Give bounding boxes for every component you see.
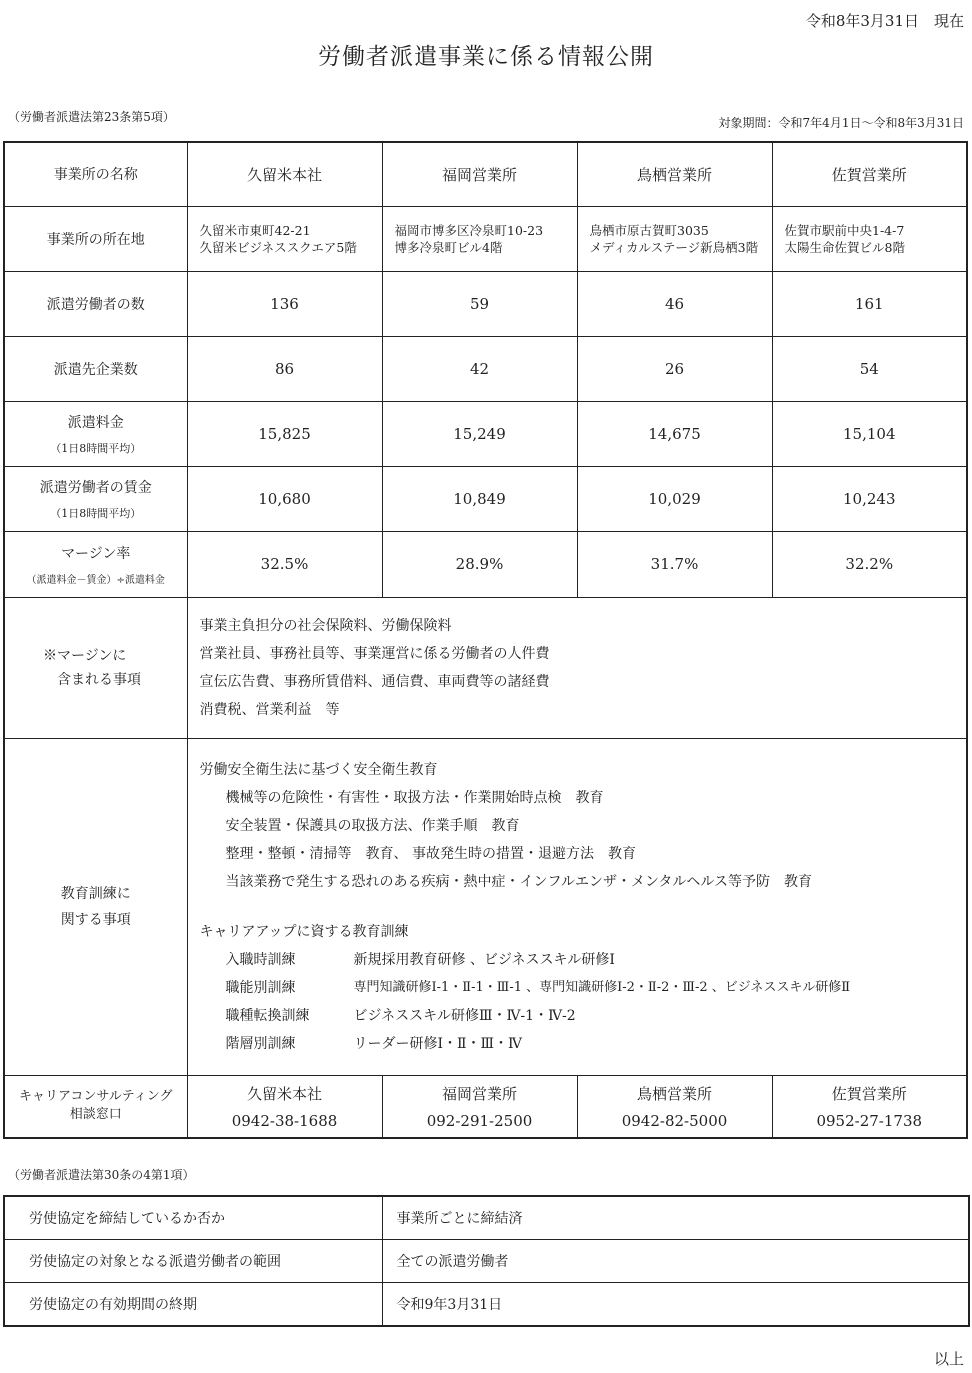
client-count: 42 — [382, 336, 577, 401]
table-row-margin-items: ※マージンに含まれる事項 事業主負担分の社会保険料、労働保険料 営業社員、事務社… — [4, 597, 967, 738]
table-row: 労使協定の有効期間の終期 令和9年3月31日 — [4, 1283, 969, 1327]
list-item: 入職時訓練新規採用教育研修 、ビジネススキル研修Ⅰ — [200, 946, 967, 974]
career-heading: キャリアアップに資する教育訓練 — [200, 918, 967, 946]
page-title: 労働者派遣事業に係る情報公開 — [0, 38, 972, 71]
margin-rate: 31.7% — [577, 531, 772, 597]
table-row-training: 教育訓練に関する事項 労働安全衛生法に基づく安全衛生教育 機械等の危険性・有害性… — [4, 738, 967, 1075]
row-label: マージン率（派遣料金－賃金）÷派遣料金 — [4, 531, 187, 597]
table-row-office-names: 事業所の名称 久留米本社 福岡営業所 鳥栖営業所 佐賀営業所 — [4, 142, 967, 206]
worker-wage: 10,029 — [577, 466, 772, 531]
worker-wage: 10,243 — [772, 466, 967, 531]
client-count: 86 — [187, 336, 382, 401]
office-address: 福岡市博多区冷泉町10-23博多冷泉町ビル4階 — [382, 206, 577, 271]
office-name: 佐賀営業所 — [772, 142, 967, 206]
row-label: 事業所の所在地 — [4, 206, 187, 271]
list-item: 消費税、営業利益 等 — [200, 696, 967, 724]
target-period: 対象期間：令和7年4月1日～令和8年3月31日 — [719, 114, 964, 131]
row-label: ※マージンに含まれる事項 — [4, 597, 187, 738]
row-value: 事業所ごとに締結済 — [382, 1196, 969, 1240]
table-row-consultation: キャリアコンサルティング相談窓口 久留米本社0942-38-1688 福岡営業所… — [4, 1075, 967, 1138]
list-item: 営業社員、事務社員等、事業運営に係る労働者の人件費 — [200, 640, 967, 668]
list-item: 事業主負担分の社会保険料、労働保険料 — [200, 612, 967, 640]
table-row-clients: 派遣先企業数 86 42 26 54 — [4, 336, 967, 401]
list-item: 職種転換訓練ビジネススキル研修Ⅲ・Ⅳ-1・Ⅳ-2 — [200, 1002, 967, 1030]
labor-agreement-table: 労使協定を締結しているか否か 事業所ごとに締結済 労使協定の対象となる派遣労働者… — [3, 1195, 970, 1327]
row-label: 事業所の名称 — [4, 142, 187, 206]
office-name: 久留米本社 — [187, 142, 382, 206]
list-item: 階層別訓練リーダー研修Ⅰ・Ⅱ・Ⅲ・Ⅳ — [200, 1030, 967, 1058]
row-value: 全ての派遣労働者 — [382, 1240, 969, 1283]
table-row-wages: 派遣労働者の賃金（1日8時間平均） 10,680 10,849 10,029 1… — [4, 466, 967, 531]
consult-contact: 鳥栖営業所0942-82-5000 — [577, 1075, 772, 1138]
disclosure-table: 事業所の名称 久留米本社 福岡営業所 鳥栖営業所 佐賀営業所 事業所の所在地 久… — [3, 141, 968, 1139]
table-row-fees: 派遣料金（1日8時間平均） 15,825 15,249 14,675 15,10… — [4, 401, 967, 466]
list-item: 整理・整頓・清掃等 教育、 事故発生時の措置・退避方法 教育 — [200, 840, 967, 868]
law-reference-2: （労働者派遣法第30条の4第1項） — [8, 1166, 195, 1183]
row-label: 労使協定を締結しているか否か — [4, 1196, 382, 1240]
phone-number: 092-291-2500 — [427, 1112, 533, 1130]
margin-rate: 32.2% — [772, 531, 967, 597]
margin-items-list: 事業主負担分の社会保険料、労働保険料 営業社員、事務社員等、事業運営に係る労働者… — [187, 597, 967, 738]
row-label: 教育訓練に関する事項 — [4, 738, 187, 1075]
consult-contact: 久留米本社0942-38-1688 — [187, 1075, 382, 1138]
row-label: 派遣労働者の賃金（1日8時間平均） — [4, 466, 187, 531]
phone-number: 0942-82-5000 — [622, 1112, 728, 1130]
table-row-addresses: 事業所の所在地 久留米市東町42-21久留米ビジネススクエア5階 福岡市博多区冷… — [4, 206, 967, 271]
client-count: 54 — [772, 336, 967, 401]
worker-count: 59 — [382, 271, 577, 336]
as-of-date: 令和8年3月31日 現在 — [806, 10, 964, 31]
phone-number: 0942-38-1688 — [232, 1112, 338, 1130]
worker-count: 136 — [187, 271, 382, 336]
table-row: 労使協定の対象となる派遣労働者の範囲 全ての派遣労働者 — [4, 1240, 969, 1283]
worker-count: 46 — [577, 271, 772, 336]
client-count: 26 — [577, 336, 772, 401]
list-item: 機械等の危険性・有害性・取扱方法・作業開始時点検 教育 — [200, 784, 967, 812]
dispatch-fee: 15,825 — [187, 401, 382, 466]
consult-contact: 福岡営業所092-291-2500 — [382, 1075, 577, 1138]
worker-wage: 10,680 — [187, 466, 382, 531]
row-label: 労使協定の対象となる派遣労働者の範囲 — [4, 1240, 382, 1283]
safety-heading: 労働安全衛生法に基づく安全衛生教育 — [200, 756, 967, 784]
end-mark: 以上 — [934, 1348, 964, 1369]
row-label: 派遣労働者の数 — [4, 271, 187, 336]
training-list: 労働安全衛生法に基づく安全衛生教育 機械等の危険性・有害性・取扱方法・作業開始時… — [187, 738, 967, 1075]
list-item: 当該業務で発生する恐れのある疾病・熱中症・インフルエンザ・メンタルヘルス等予防 … — [200, 868, 967, 896]
table-row: 労使協定を締結しているか否か 事業所ごとに締結済 — [4, 1196, 969, 1240]
law-reference: （労働者派遣法第23条第5項） — [8, 108, 175, 125]
list-item: 宣伝広告費、事務所賃借料、通信費、車両費等の諸経費 — [200, 668, 967, 696]
consult-contact: 佐賀営業所0952-27-1738 — [772, 1075, 967, 1138]
margin-rate: 32.5% — [187, 531, 382, 597]
dispatch-fee: 14,675 — [577, 401, 772, 466]
office-name: 福岡営業所 — [382, 142, 577, 206]
row-label: 労使協定の有効期間の終期 — [4, 1283, 382, 1327]
row-label: キャリアコンサルティング相談窓口 — [4, 1075, 187, 1138]
dispatch-fee: 15,104 — [772, 401, 967, 466]
table-row-margins: マージン率（派遣料金－賃金）÷派遣料金 32.5% 28.9% 31.7% 32… — [4, 531, 967, 597]
worker-wage: 10,849 — [382, 466, 577, 531]
office-address: 久留米市東町42-21久留米ビジネススクエア5階 — [187, 206, 382, 271]
table-row-workers: 派遣労働者の数 136 59 46 161 — [4, 271, 967, 336]
office-address: 佐賀市駅前中央1-4-7太陽生命佐賀ビル8階 — [772, 206, 967, 271]
office-name: 鳥栖営業所 — [577, 142, 772, 206]
worker-count: 161 — [772, 271, 967, 336]
row-label: 派遣先企業数 — [4, 336, 187, 401]
dispatch-fee: 15,249 — [382, 401, 577, 466]
row-value: 令和9年3月31日 — [382, 1283, 969, 1327]
list-item: 職能別訓練専門知識研修Ⅰ-1・Ⅱ-1・Ⅲ-1 、専門知識研修Ⅰ-2・Ⅱ-2・Ⅲ-… — [200, 974, 967, 1002]
margin-rate: 28.9% — [382, 531, 577, 597]
list-item: 安全装置・保護具の取扱方法、作業手順 教育 — [200, 812, 967, 840]
row-label: 派遣料金（1日8時間平均） — [4, 401, 187, 466]
office-address: 鳥栖市原古賀町3035メディカルステージ新鳥栖3階 — [577, 206, 772, 271]
phone-number: 0952-27-1738 — [816, 1112, 922, 1130]
